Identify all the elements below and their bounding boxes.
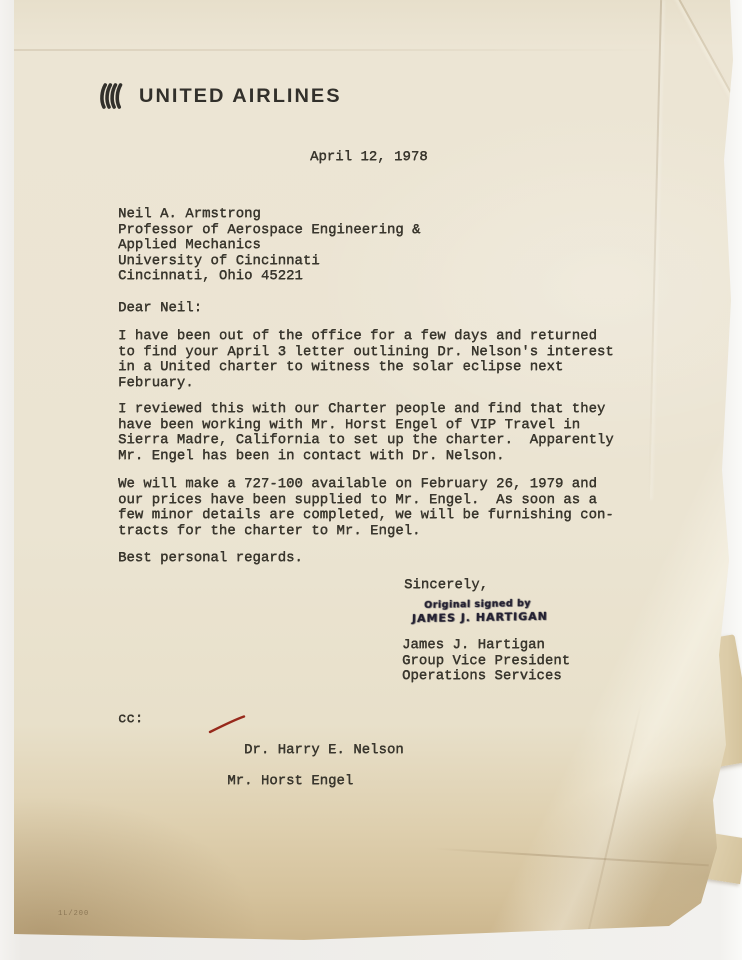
closing-line: Best personal regards. <box>118 551 303 567</box>
lower-right-crease <box>584 703 642 947</box>
scanned-letter: UNITED AIRLINES April 12, 1978 Neil A. A… <box>0 0 742 960</box>
stamp-line-1: Original signed by <box>424 598 548 611</box>
letter-date: April 12, 1978 <box>310 150 428 166</box>
valediction: Sincerely, <box>404 578 488 594</box>
corner-fold-crease <box>674 0 742 167</box>
united-airlines-tulip-icon <box>95 82 129 110</box>
body-paragraph-2: I reviewed this with our Charter people … <box>118 402 614 464</box>
cc-name-1: Dr. Harry E. Nelson <box>160 742 404 774</box>
print-code: 1L/200 <box>58 910 89 918</box>
cc-name-2: Mr. Horst Engel <box>160 773 353 805</box>
signature-block: James J. Hartigan Group Vice President O… <box>402 638 570 685</box>
body-paragraph-1: I have been out of the office for a few … <box>118 329 614 391</box>
brand-wordmark: UNITED AIRLINES <box>139 85 342 107</box>
cc-names: Dr. Harry E. Nelson Mr. Horst Engel <box>160 712 404 821</box>
cc-name-1-text: Dr. Harry E. Nelson <box>244 742 404 758</box>
cc-name-2-text: Mr. Horst Engel <box>227 773 353 789</box>
salutation: Dear Neil: <box>118 301 202 317</box>
letterhead: UNITED AIRLINES <box>95 82 342 110</box>
horizontal-crease <box>14 49 736 51</box>
red-checkmark-icon <box>207 714 247 734</box>
cc-section: cc: Dr. Harry E. Nelson Mr. Horst Engel <box>118 712 143 728</box>
recipient-address: Neil A. Armstrong Professor of Aerospace… <box>118 207 420 285</box>
bottom-crease <box>434 848 709 867</box>
vertical-crease <box>648 0 662 500</box>
cc-label: cc: <box>118 712 143 728</box>
letter-page: UNITED AIRLINES April 12, 1978 Neil A. A… <box>14 0 736 952</box>
stamp-line-2: JAMES J. HARTIGAN <box>412 610 548 625</box>
body-paragraph-3: We will make a 727-100 available on Febr… <box>118 477 614 539</box>
signature-stamp: Original signed by JAMES J. HARTIGAN <box>412 598 548 625</box>
